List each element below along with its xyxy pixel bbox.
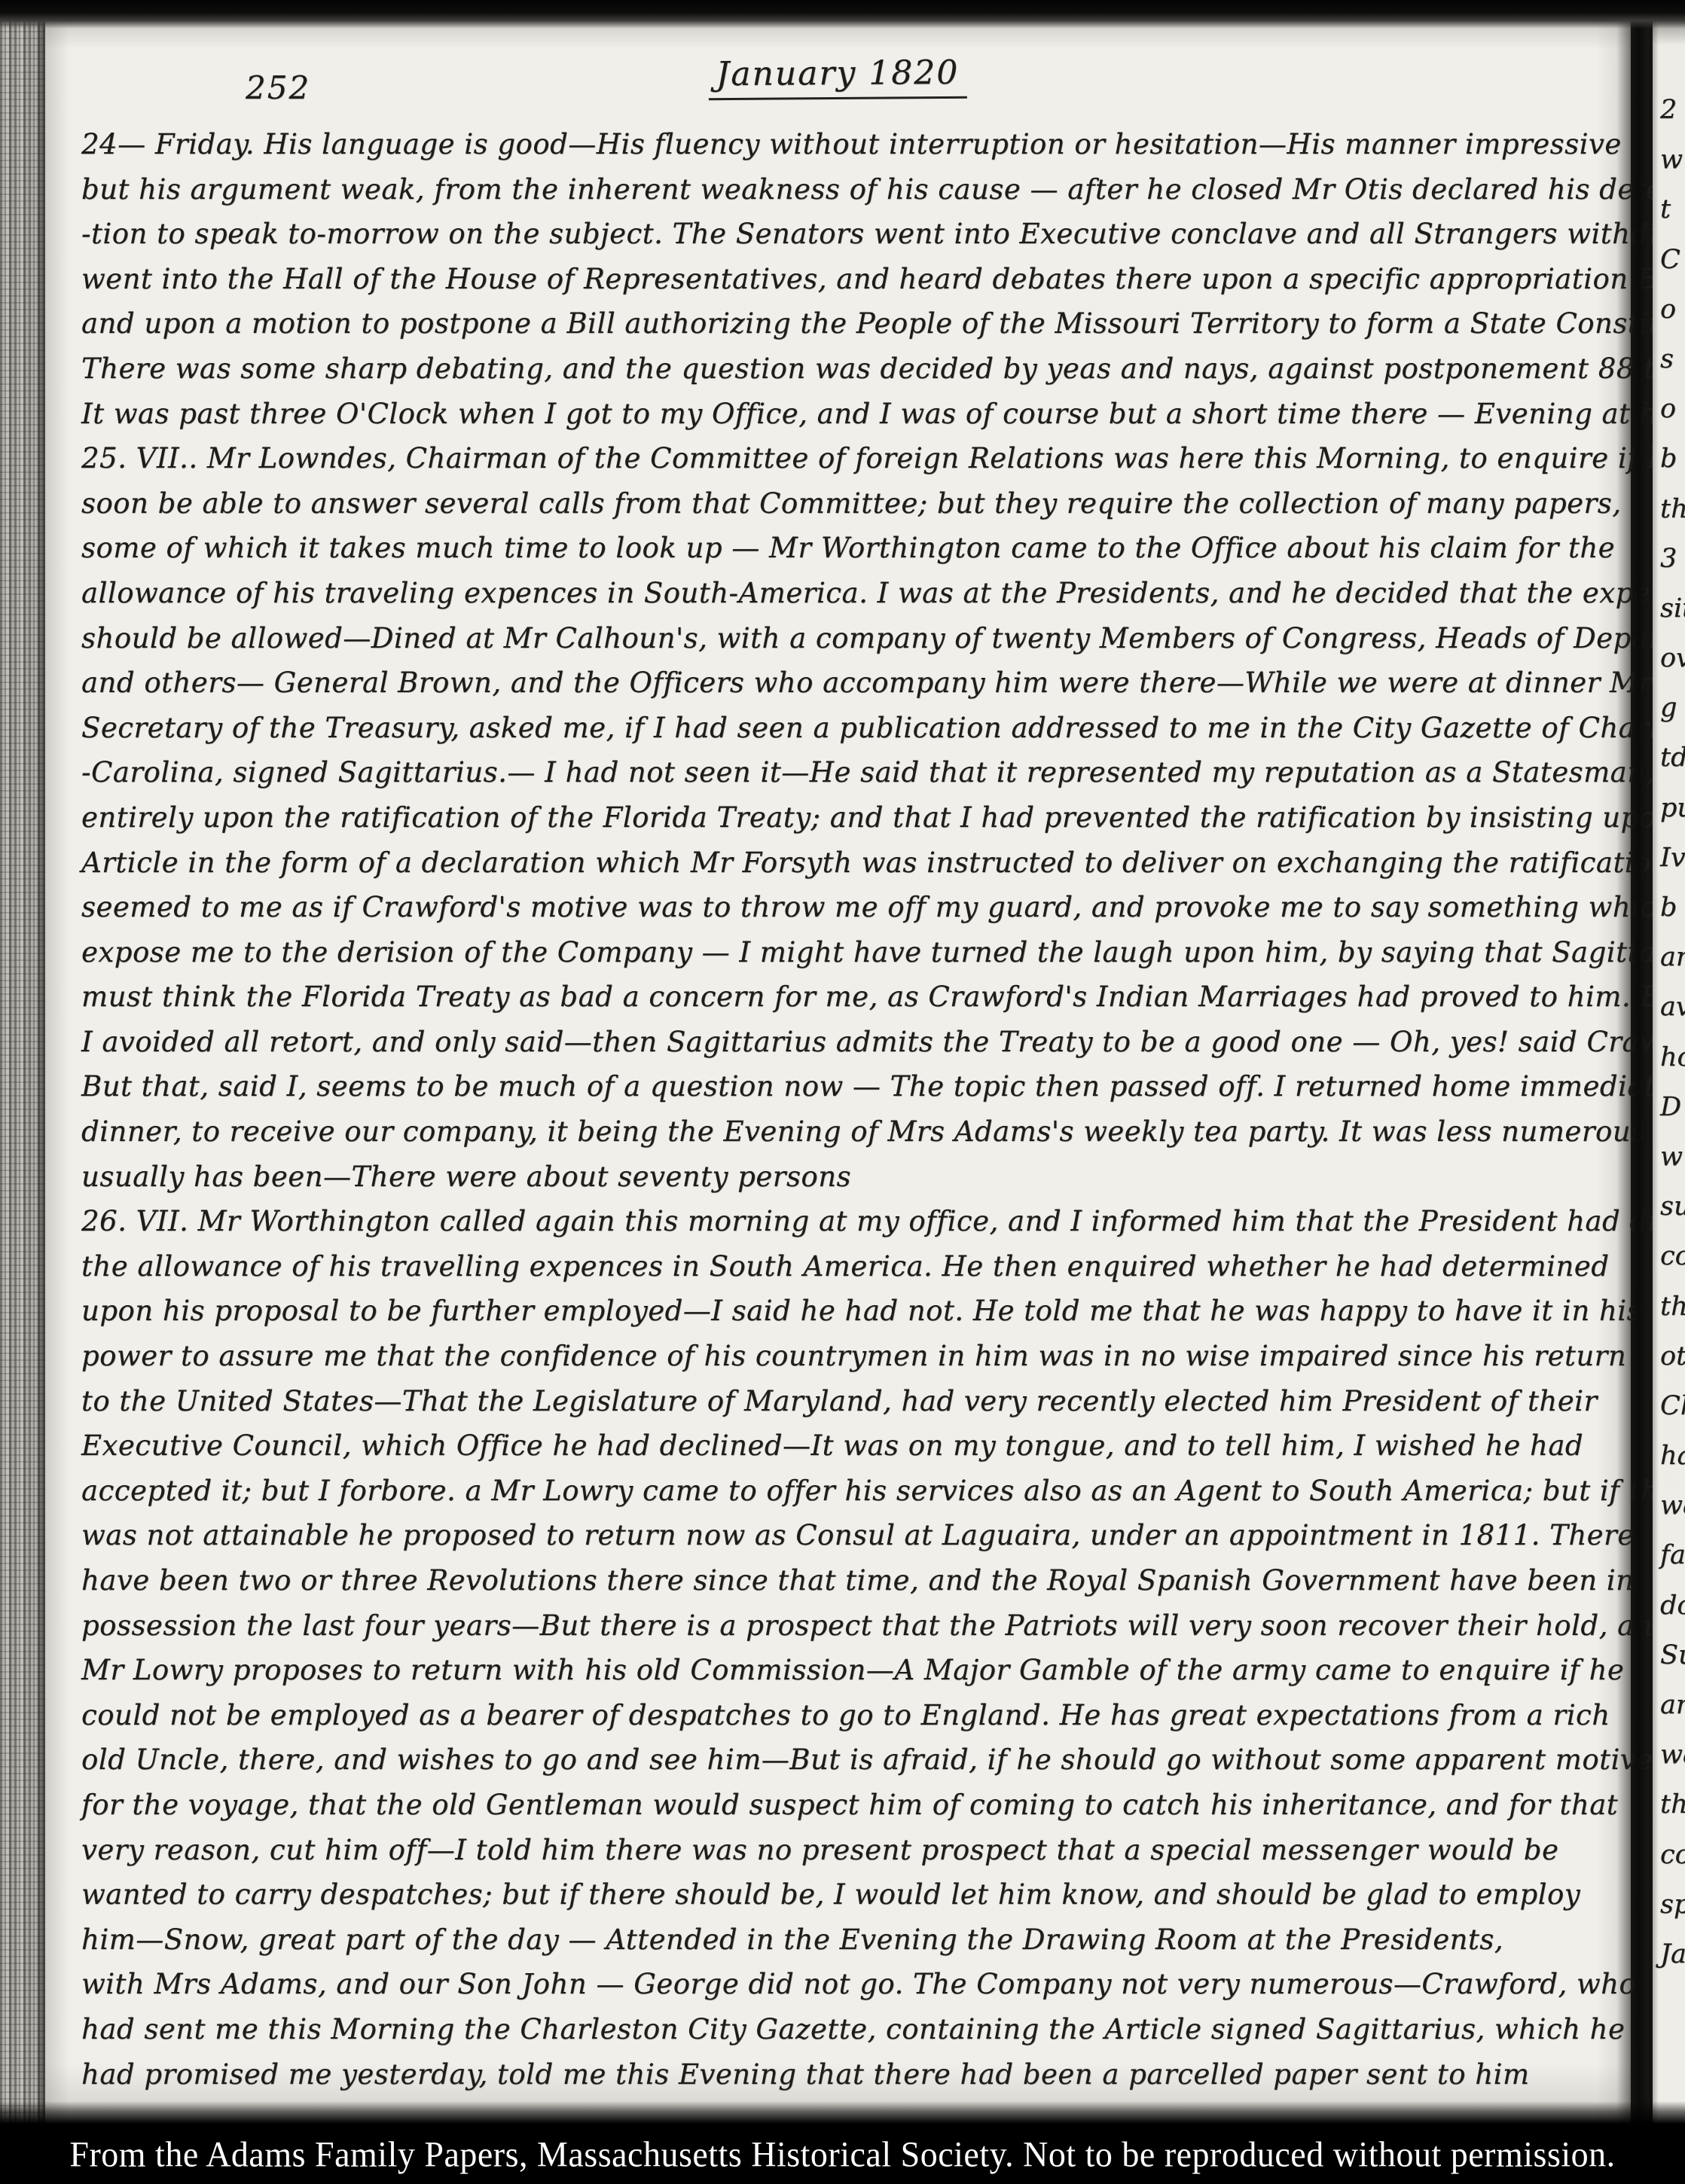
manuscript-line: allowance of his traveling expences in S… <box>81 577 1626 622</box>
manuscript-line: and upon a motion to postpone a Bill aut… <box>81 307 1626 352</box>
manuscript-line: had sent me this Morning the Charleston … <box>81 2013 1626 2058</box>
manuscript-line: Article in the form of a declaration whi… <box>81 846 1626 892</box>
manuscript-line: 24— Friday. His language is good—His flu… <box>81 128 1626 173</box>
manuscript-line: some of which it takes much time to look… <box>81 532 1626 577</box>
manuscript-line: should be allowed—Dined at Mr Calhoun's,… <box>81 622 1626 667</box>
manuscript-line: soon be able to answer several calls fro… <box>81 487 1626 532</box>
manuscript-line: power to assure me that the confidence o… <box>81 1340 1626 1385</box>
manuscript-line: for the voyage, that the old Gentleman w… <box>81 1789 1626 1834</box>
manuscript-line: old Uncle, there, and wishes to go and s… <box>81 1743 1626 1789</box>
manuscript-line: Executive Council, which Office he had d… <box>81 1429 1626 1475</box>
manuscript-line: I avoided all retort, and only said—then… <box>81 1026 1626 1071</box>
manuscript-line: and others— General Brown, and the Offic… <box>81 666 1626 712</box>
manuscript-line: But that, said I, seems to be much of a … <box>81 1070 1626 1115</box>
manuscript-line: It was past three O'Clock when I got to … <box>81 398 1626 443</box>
manuscript-line: expose me to the derision of the Company… <box>81 936 1626 981</box>
manuscript-line: went into the Hall of the House of Repre… <box>81 263 1626 308</box>
page-heading: January 1820 <box>708 53 966 100</box>
manuscript-line: must think the Florida Treaty as bad a c… <box>81 981 1626 1026</box>
manuscript-line: 26. VII. Mr Worthington called again thi… <box>81 1205 1626 1250</box>
book-top-edge <box>0 0 1685 29</box>
book-page-edges <box>0 0 45 2127</box>
manuscript-line: to the United States—That the Legislatur… <box>81 1385 1626 1430</box>
manuscript-line: seemed to me as if Crawford's motive was… <box>81 891 1626 936</box>
manuscript-line: Mr Lowry proposes to return with his old… <box>81 1654 1626 1699</box>
manuscript-line: wanted to carry despatches; but if there… <box>81 1878 1626 1923</box>
manuscript-line: entirely upon the ratification of the Fl… <box>81 801 1626 846</box>
manuscript-line: had promised me yesterday, told me this … <box>81 2058 1626 2103</box>
page-number: 252 <box>246 69 310 106</box>
manuscript-line: possession the last four years—But there… <box>81 1609 1626 1655</box>
manuscript-line: have been two or three Revolutions there… <box>81 1564 1626 1609</box>
manuscript-line: him—Snow, great part of the day — Attend… <box>81 1923 1626 1969</box>
manuscript-line: Secretary of the Treasury, asked me, if … <box>81 712 1626 757</box>
manuscript-line: -tion to speak to-morrow on the subject.… <box>81 218 1626 263</box>
manuscript-line: There was some sharp debating, and the q… <box>81 352 1626 398</box>
attribution-bar: From the Adams Family Papers, Massachuse… <box>0 2124 1685 2184</box>
manuscript-line: the allowance of his travelling expences… <box>81 1250 1626 1295</box>
manuscript-line: upon his proposal to be further employed… <box>81 1295 1626 1340</box>
manuscript-line: dinner, to receive our company, it being… <box>81 1115 1626 1161</box>
book-gutter-shadow <box>1616 0 1659 2133</box>
manuscript-line: with Mrs Adams, and our Son John — Georg… <box>81 1968 1626 2013</box>
manuscript-line: -Carolina, signed Sagittarius.— I had no… <box>81 756 1626 801</box>
manuscript-line: usually has been—There were about sevent… <box>81 1161 1626 1206</box>
manuscript-scan: 252 January 1820 24— Friday. His languag… <box>0 0 1685 2184</box>
manuscript-line: but his argument weak, from the inherent… <box>81 173 1626 218</box>
manuscript-line: 25. VII.. Mr Lowndes, Chairman of the Co… <box>81 442 1626 487</box>
attribution-caption: From the Adams Family Papers, Massachuse… <box>69 2133 1615 2174</box>
diary-page: 252 January 1820 24— Friday. His languag… <box>44 15 1631 2131</box>
manuscript-text: 24— Friday. His language is good—His flu… <box>81 128 1626 2103</box>
manuscript-line: accepted it; but I forbore. a Mr Lowry c… <box>81 1475 1626 1520</box>
manuscript-line: very reason, cut him off—I told him ther… <box>81 1834 1626 1879</box>
manuscript-line: could not be employed as a bearer of des… <box>81 1699 1626 1744</box>
manuscript-line: was not attainable he proposed to return… <box>81 1519 1626 1564</box>
